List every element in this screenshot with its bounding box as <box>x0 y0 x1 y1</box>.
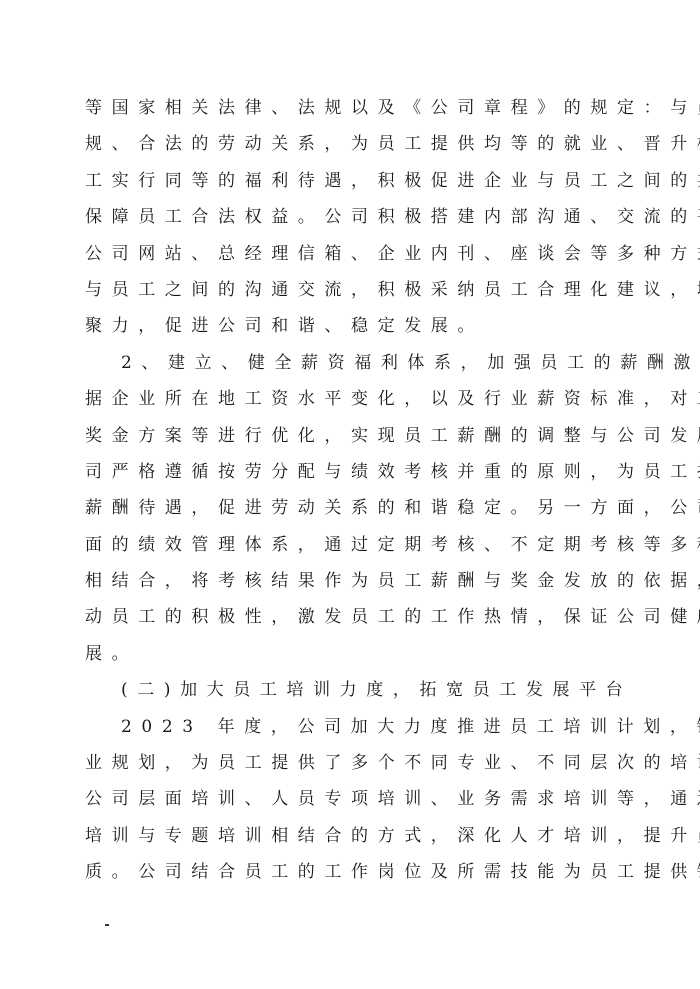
text-line: 公司网站、总经理信箱、企业内刊、座谈会等多种方式加强公司 <box>85 236 621 272</box>
text-line: 业规划，为员工提供了多个不同专业、不同层次的培训项目，如 <box>85 745 621 781</box>
text-line: 动员工的积极性，激发员工的工作热情，保证公司健康、稳定发 <box>85 599 621 635</box>
paragraph-start-line: 2、建立、健全薪资福利体系，加强员工的薪酬激励。公司根 <box>85 345 621 381</box>
text-line: 与员工之间的沟通交流，积极采纳员工合理化建议，增强公司凝 <box>85 272 621 308</box>
text-line: 工实行同等的福利待遇，积极促进企业与员工之间的共同发展， <box>85 163 621 199</box>
text-line: 薪酬待遇，促进劳动关系的和谐稳定。另一方面，公司建立了全 <box>85 490 621 526</box>
page-mark <box>105 924 109 926</box>
text-line: 面的绩效管理体系，通过定期考核、不定期考核等多种考核方式 <box>85 527 621 563</box>
text-line: 等国家相关法律、法规以及《公司章程》的规定：与员工建立正 <box>85 90 621 126</box>
text-line: 司严格遵循按劳分配与绩效考核并重的原则，为员工提供合理的 <box>85 454 621 490</box>
text-line: 质。公司结合员工的工作岗位及所需技能为员工提供针对性的专 <box>85 854 621 890</box>
text-line: 规、合法的劳动关系，为员工提供均等的就业、晋升机会，对员 <box>85 126 621 162</box>
section-heading: (二)加大员工培训力度，拓宽员工发展平台 <box>85 672 621 708</box>
document-page: 等国家相关法律、法规以及《公司章程》的规定：与员工建立正 规、合法的劳动关系，为… <box>85 90 621 891</box>
text-line: 聚力，促进公司和谐、稳定发展。 <box>85 308 621 344</box>
text-line: 相结合，将考核结果作为员工薪酬与奖金发放的依据，鼓励、调 <box>85 563 621 599</box>
text-line: 奖金方案等进行优化，实现员工薪酬的调整与公司发展同步。公 <box>85 418 621 454</box>
text-line: 培训与专题培训相结合的方式，深化人才培训，提升员工总体素 <box>85 818 621 854</box>
text-line: 展。 <box>85 636 621 672</box>
text-line: 据企业所在地工资水平变化，以及行业薪资标准，对工资方案、 <box>85 381 621 417</box>
paragraph-start-line: 2023 年度，公司加大力度推进员工培训计划，针对员工的职 <box>85 709 621 745</box>
text-line: 保障员工合法权益。公司积极搭建内部沟通、交流的平台，通过 <box>85 199 621 235</box>
text-line: 公司层面培训、人员专项培训、业务需求培训等，通过集中面授 <box>85 781 621 817</box>
